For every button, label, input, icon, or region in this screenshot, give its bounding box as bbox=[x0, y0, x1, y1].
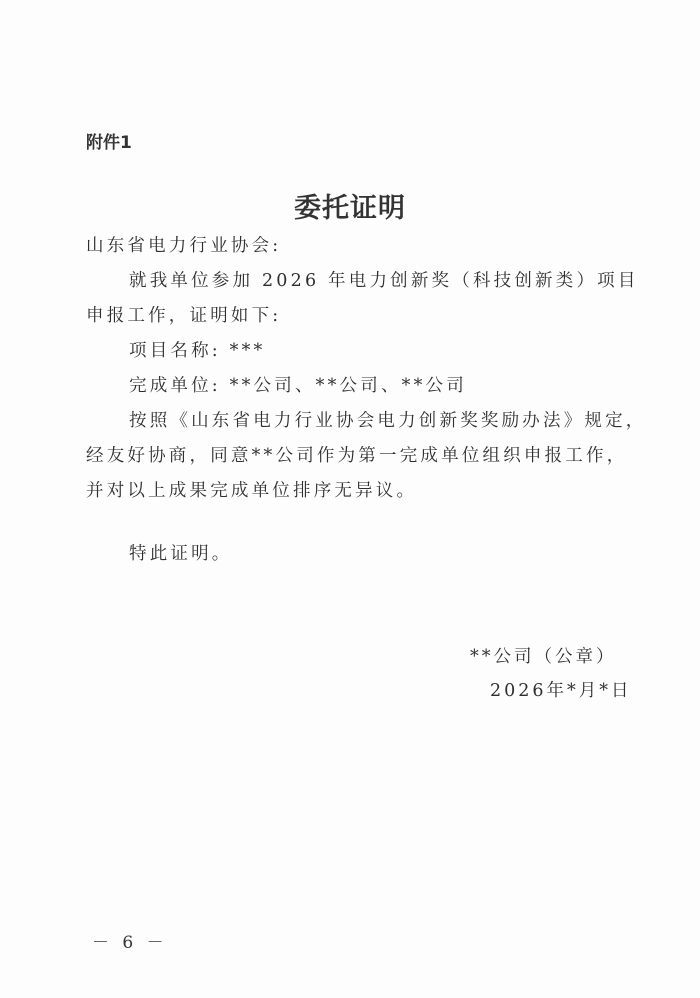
paragraph-line-5: 按照《山东省电力行业协会电力创新奖奖励办法》规定， bbox=[129, 407, 647, 432]
completion-units-line: 完成单位: **公司、**公司、**公司 bbox=[129, 372, 467, 397]
page-number: － 6 － bbox=[92, 928, 168, 953]
paragraph-line-6: 经友好协商，同意**公司作为第一完成单位组织申报工作， bbox=[86, 442, 627, 467]
attachment-label: 附件1 bbox=[86, 128, 132, 153]
document-page: 附件1 委托证明 山东省电力行业协会: 就我单位参加 2026 年电力创新奖（科… bbox=[0, 0, 700, 998]
project-name-line: 项目名称: *** bbox=[129, 337, 266, 362]
signature-company: **公司（公章） bbox=[470, 643, 617, 668]
paragraph-line-1: 就我单位参加 2026 年电力创新奖（科技创新类）项目 bbox=[129, 267, 639, 292]
paragraph-line-2: 申报工作，证明如下: bbox=[86, 302, 281, 327]
salutation: 山东省电力行业协会: bbox=[86, 232, 281, 257]
closing-statement: 特此证明。 bbox=[129, 540, 233, 565]
paragraph-line-7: 并对以上成果完成单位排序无异议。 bbox=[86, 477, 417, 502]
document-title: 委托证明 bbox=[0, 186, 700, 225]
signature-date: 2026年*月*日 bbox=[490, 677, 632, 702]
